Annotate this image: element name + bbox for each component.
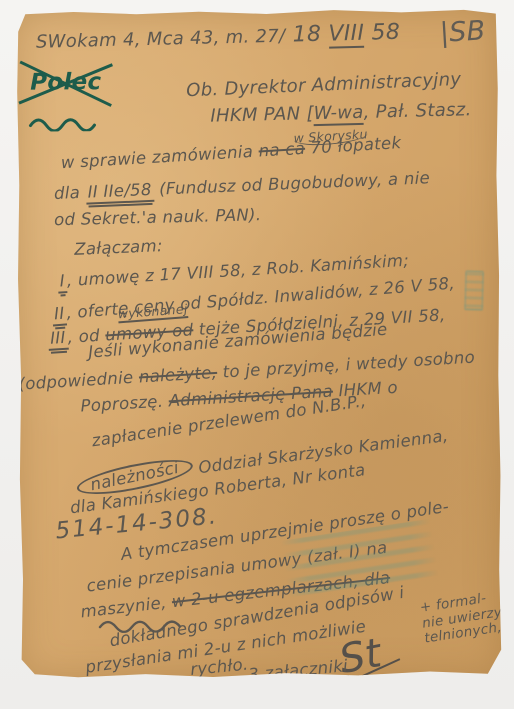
- body-line-12: rychło.: [189, 656, 249, 680]
- case-number: II IIe/58: [85, 181, 154, 205]
- subject-line-3: od Sekret.'a nauk. PAN).: [54, 206, 262, 230]
- body-text: Poproszę.: [80, 391, 169, 415]
- paraph-text: SB: [448, 15, 486, 48]
- attachments-text: 3 załączniki: [248, 656, 349, 686]
- date-month: VIII: [328, 21, 364, 49]
- subject-line-1: w sprawie zamówienia na ca 70 łopatek: [60, 134, 401, 173]
- struck-words: na ca: [258, 139, 306, 161]
- addressee-city: W-wa: [314, 102, 364, 126]
- paraph-initials: |SB: [439, 15, 486, 49]
- subject-text: w sprawie zamówienia: [60, 142, 259, 173]
- green-squiggle-mark: [28, 115, 102, 132]
- addressee-title: Ob. Dyrektor Administracyjny: [186, 69, 462, 102]
- subject-text: dla: [54, 183, 86, 203]
- margin-insert: (odpowiednie: [18, 368, 134, 394]
- subject-text: od Sekret.'a nauk. PAN).: [54, 205, 262, 229]
- attachments-note: 3 załączniki: [248, 657, 349, 685]
- item-numeral: III: [48, 329, 69, 351]
- subject-line-2: dla II IIe/58 (Fundusz od Bugobudowy, a …: [54, 169, 431, 206]
- date-year: 58: [364, 20, 400, 46]
- addressee-institution: IHKM PAN [: [210, 103, 314, 127]
- date-day: 18: [285, 22, 329, 48]
- addressee-line-2: IHKM PAN [W-wa, Pał. Stasz.: [210, 100, 472, 127]
- crossed-out-word: Polec: [26, 67, 105, 98]
- addressee-place: , Pał. Stasz.: [363, 99, 471, 123]
- green-directive: Polec: [26, 67, 105, 98]
- insert-above-item-3: wykonanej: [117, 302, 188, 322]
- address-text: SWokam 4, Mca 43, m. 27/: [36, 26, 286, 53]
- attachments-heading: Załączam:: [74, 237, 163, 260]
- body-text-rest: to je przyjmę, i wtedy osobno: [217, 348, 476, 382]
- heading-text: Załączam:: [74, 236, 163, 259]
- letter-paper: SWokam 4, Mca 43, m. 27/ 18 VIII 58 |SB …: [16, 8, 503, 679]
- date-line: SWokam 4, Mca 43, m. 27/ 18 VIII 58: [36, 20, 401, 54]
- struck-words: należyte,: [138, 363, 217, 387]
- body-text: rychło.: [189, 655, 249, 679]
- item-numeral: I: [57, 272, 67, 293]
- stamp-fragment: [464, 270, 484, 311]
- addressee-line-1: Ob. Dyrektor Administracyjny: [186, 70, 462, 102]
- subject-text-rest: (Fundusz od Bugobudowy, a nie: [153, 168, 430, 199]
- item-numeral: II: [51, 304, 67, 326]
